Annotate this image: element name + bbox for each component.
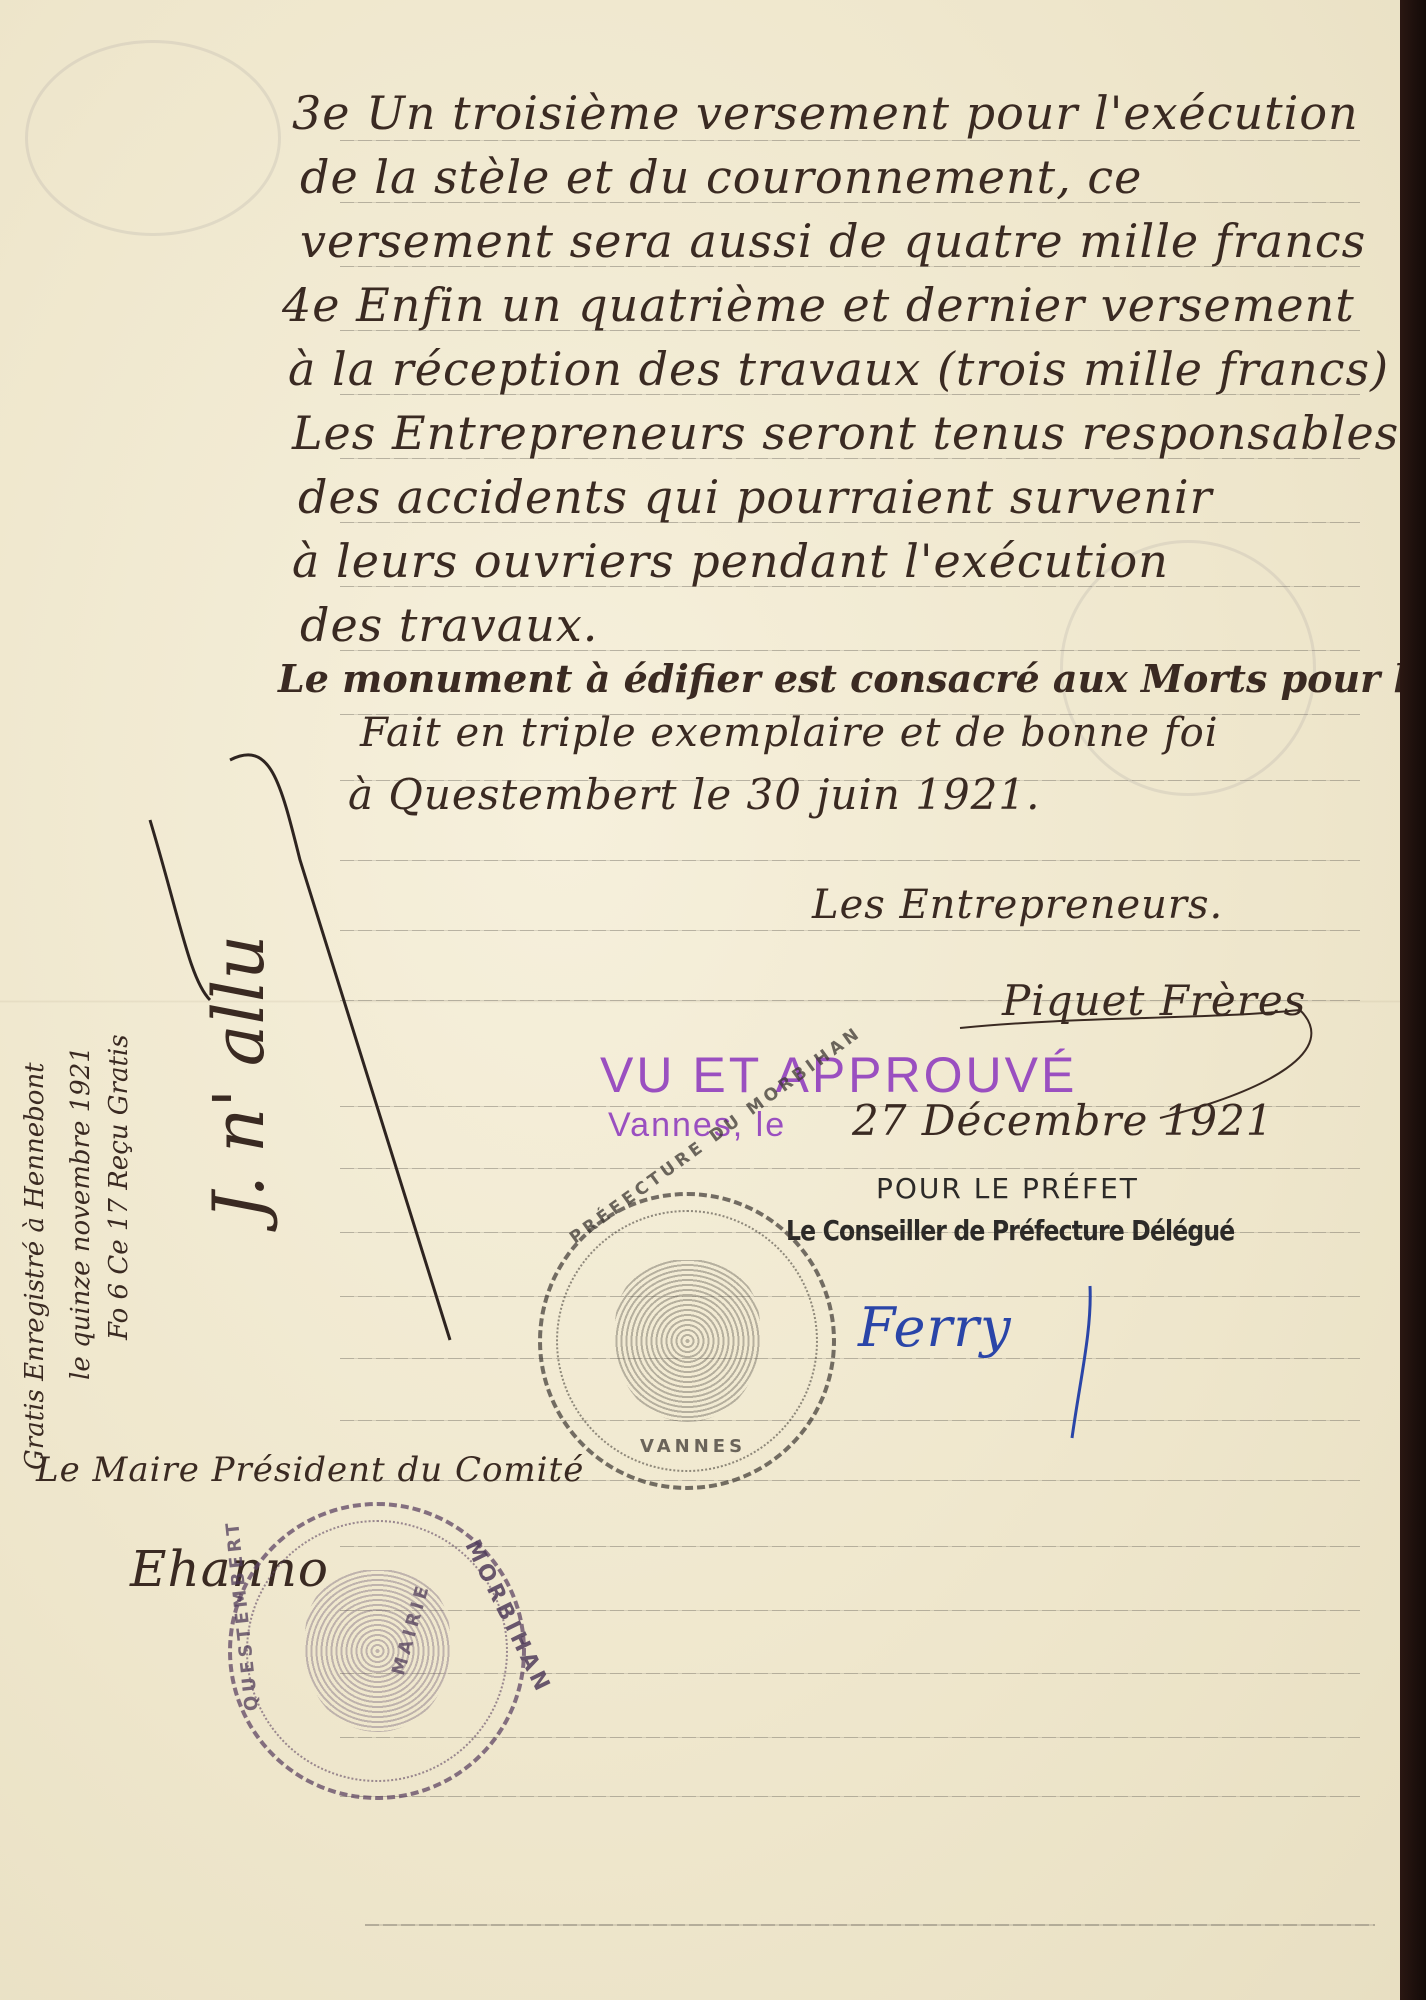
body-line-9: des travaux. (300, 598, 598, 652)
seal-emblem-icon (615, 1260, 760, 1422)
closing-line-1: Fait en triple exemplaire et de bonne fo… (360, 710, 1219, 756)
registration-note-line-3: Fo 6 Ce 17 Reçu Gratis (104, 1034, 134, 1340)
ruled-line (340, 860, 1360, 861)
body-line-2: de la stèle et du couronnement, ce (300, 150, 1142, 204)
prefect-signature-stroke (1000, 1280, 1100, 1450)
ghost-seal-top-left (25, 40, 281, 236)
body-line-3: versement sera aussi de quatre mille fra… (300, 214, 1366, 268)
ruled-line (340, 930, 1360, 931)
ruled-line (340, 1168, 1360, 1169)
body-line-4: 4e Enfin un quatrième et dernier verseme… (282, 278, 1355, 332)
prefect-signature: Ferry (858, 1296, 1012, 1359)
contractors-label: Les Entrepreneurs. (812, 882, 1223, 928)
mayor-label: Le Maire Président du Comité (36, 1450, 584, 1490)
registration-note-line-2: le quinze novembre 1921 (66, 1046, 96, 1380)
body-line-1: 3e Un troisième versement pour l'exécuti… (292, 86, 1359, 140)
ruled-line (365, 1924, 1375, 1926)
margin-signature-stroke (150, 740, 470, 1360)
body-line-7: des accidents qui pourraient survenir (298, 470, 1213, 524)
document-page: 3e Un troisième versement pour l'exécuti… (0, 0, 1400, 2000)
body-line-8: à leurs ouvriers pendant l'exécution (292, 534, 1169, 588)
body-line-5: à la réception des travaux (trois mille … (288, 342, 1389, 396)
ruled-line (340, 1296, 1360, 1297)
ruled-line (340, 1546, 1360, 1547)
ruled-line (340, 140, 1360, 141)
body-line-6: Les Entrepreneurs seront tenus responsab… (292, 406, 1399, 460)
dedication-line: Le monument à édifier est consacré aux M… (278, 656, 1400, 701)
ruled-line (340, 1358, 1360, 1359)
registration-note-line-1: Gratis Enregistré à Hennebont (20, 1062, 50, 1470)
authority-line-2: Le Conseiller de Préfecture Délégué (786, 1214, 1234, 1247)
ruled-line (340, 1420, 1360, 1421)
prefecture-seal-bottom-text: VANNES (640, 1436, 746, 1457)
ruled-line (340, 1796, 1360, 1797)
authority-line-1: POUR LE PRÉFET (876, 1172, 1139, 1205)
scan-edge (1400, 0, 1426, 2000)
approval-date: 27 Décembre 1921 (852, 1096, 1274, 1145)
